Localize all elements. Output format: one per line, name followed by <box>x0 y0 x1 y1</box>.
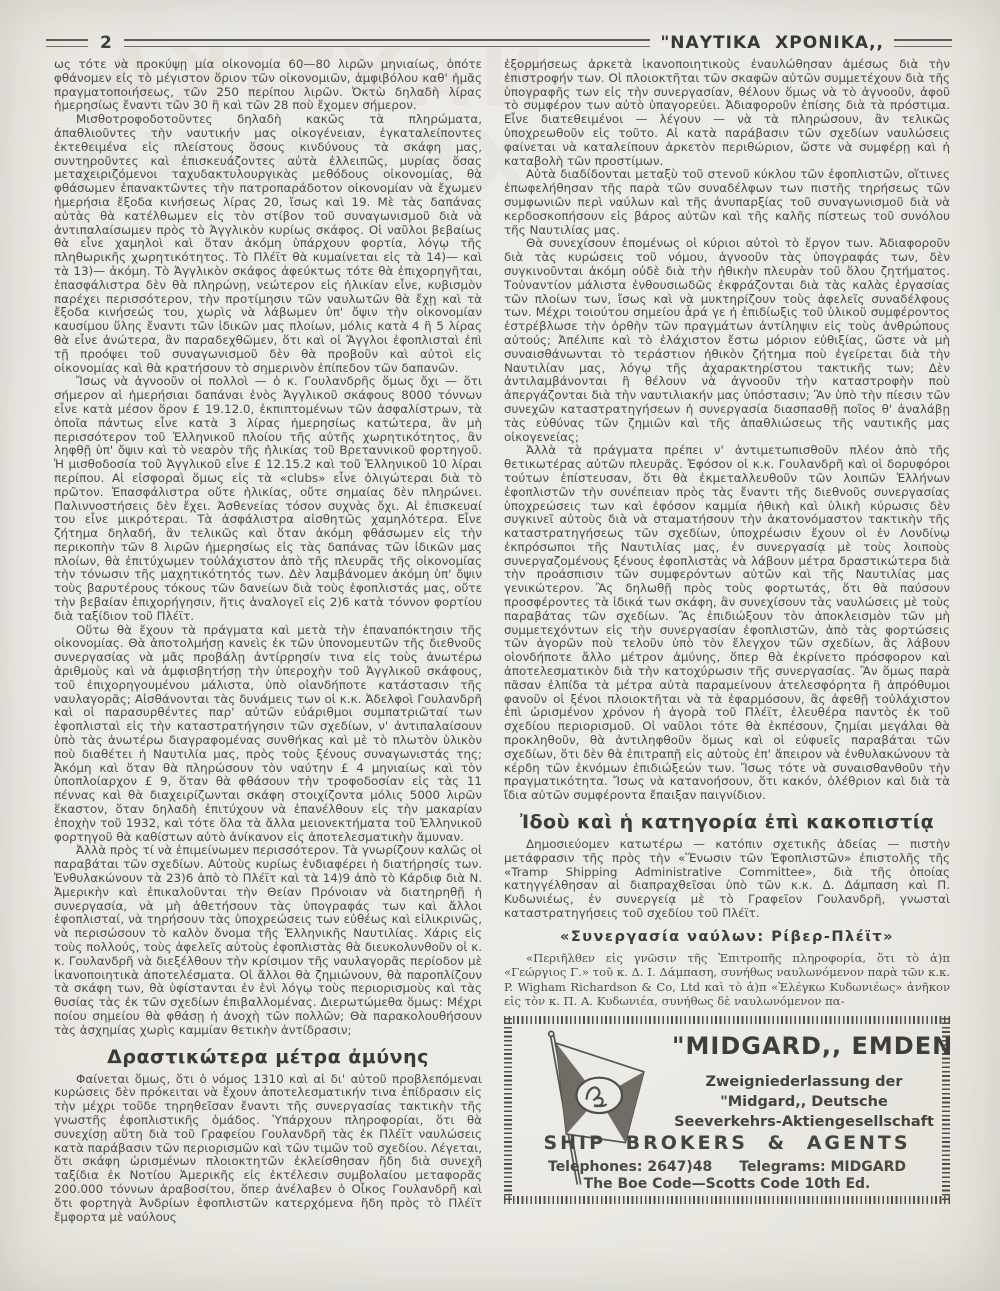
left-column: ως τότε νὰ προκύψῃ μία οἰκονομία 60—80 λ… <box>54 58 482 1224</box>
section-heading: Δραστικώτερα μέτρα ἀμύνης <box>54 1046 482 1068</box>
paragraph: Φαίνεται ὅμως, ὅτι ὁ νόμος 1310 καὶ αἱ δ… <box>54 1073 482 1225</box>
ad-subtitle-line: Zweigniederlassung der <box>672 1072 936 1092</box>
paragraph: «Περιῆλθεν εἰς γνῶσιν τῆς Ἐπιτροπῆς πληρ… <box>504 951 950 1009</box>
ad-subtitle-line: Seeverkehrs-Aktiengesellschaft <box>672 1112 936 1132</box>
ad-telegrams: Telegrams: MIDGARD <box>739 1159 906 1175</box>
ad-codes-line: The Boe Code—Scotts Code 10th Ed. <box>512 1176 942 1192</box>
page-header: 2 "ΝΑΥΤΙΚΑ ΧΡΟΝΙΚΑ,, <box>46 32 952 54</box>
ad-subtitle-line: "Midgard,, Deutsche <box>672 1092 936 1112</box>
paragraph: Αὐτὰ διαδίδονται μεταξὺ τοῦ στενοῦ κύκλο… <box>504 168 950 237</box>
ad-contact-row: Telephones: 2647)48 Telegrams: MIDGARD <box>548 1159 906 1175</box>
right-column: ἐξορμήσεως ἀρκετὰ ἱκανοποιητικοὺς ἐναυλώ… <box>504 58 950 1224</box>
header-rule-middle <box>124 39 651 47</box>
ad-subtitle: Zweigniederlassung der "Midgard,, Deutsc… <box>672 1072 936 1132</box>
paragraph: ἐξορμήσεως ἀρκετὰ ἱκανοποιητικοὺς ἐναυλώ… <box>504 58 950 168</box>
ad-border-bottom <box>504 1196 950 1204</box>
ad-tagline: SHIP BROKERS & AGENTS <box>512 1132 942 1154</box>
header-rule-right <box>894 39 952 47</box>
article-body: ως τότε νὰ προκύψῃ μία οἰκονομία 60—80 λ… <box>54 58 950 1224</box>
paragraph: Οὕτω θὰ ἔχουν τὰ πράγματα καὶ μετὰ τὴν ἐ… <box>54 624 482 845</box>
page-number: 2 <box>100 33 112 53</box>
paragraph: Μισθοτροφοδοτοῦντες δηλαδὴ κακῶς τὰ πληρ… <box>54 113 482 375</box>
section-heading: Ἰδοὺ καὶ ἡ κατηγορία ἐπὶ κακοπιστίᾳ <box>504 811 950 833</box>
paragraph: Θὰ συνεχίσουν ἑπομένως οἱ κύριοι αὐτοὶ τ… <box>504 237 950 444</box>
paragraph: Δημοσιεύομεν κατωτέρω — κατόπιν σχετικῆς… <box>504 838 950 921</box>
ad-border-top <box>504 1016 950 1024</box>
header-rule-left <box>46 39 88 47</box>
ad-company-name: "MIDGARD,, EMDEN <box>672 1032 936 1060</box>
paragraph: ως τότε νὰ προκύψῃ μία οἰκονομία 60—80 λ… <box>54 58 482 113</box>
subsection-heading: «Συνεργασία ναύλων: Ρίβερ-Πλέϊτ» <box>504 929 950 945</box>
ad-heading-block: "MIDGARD,, EMDEN Zweigniederlassung der … <box>672 1032 936 1132</box>
paragraph: Ἀλλὰ τὰ πράγματα πρέπει ν' ἀντιμετωπισθο… <box>504 444 950 803</box>
ad-telephones: Telephones: 2647)48 <box>548 1159 712 1175</box>
magazine-page: ΝΑΥΤΙΚΑ ΧΡΟΝΙΚΑ 2 "ΝΑΥΤΙΚΑ ΧΡΟΝΙΚΑ,, ως … <box>0 0 1000 1291</box>
right-column-text: ἐξορμήσεως ἀρκετὰ ἱκανοποιητικοὺς ἐναυλώ… <box>504 58 950 1008</box>
ad-border-left <box>504 1018 512 1202</box>
paragraph: Ἴσως νὰ ἀγνοοῦν οἱ πολλοὶ — ὁ κ. Γουλανδ… <box>54 375 482 623</box>
paragraph: Ἀλλὰ πρὸς τί νὰ ἐπιμείνωμεν περισσότερον… <box>54 844 482 1037</box>
magazine-title: "ΝΑΥΤΙΚΑ ΧΡΟΝΙΚΑ,, <box>660 33 884 53</box>
midgard-advertisement: "MIDGARD,, EMDEN Zweigniederlassung der … <box>504 1016 950 1204</box>
